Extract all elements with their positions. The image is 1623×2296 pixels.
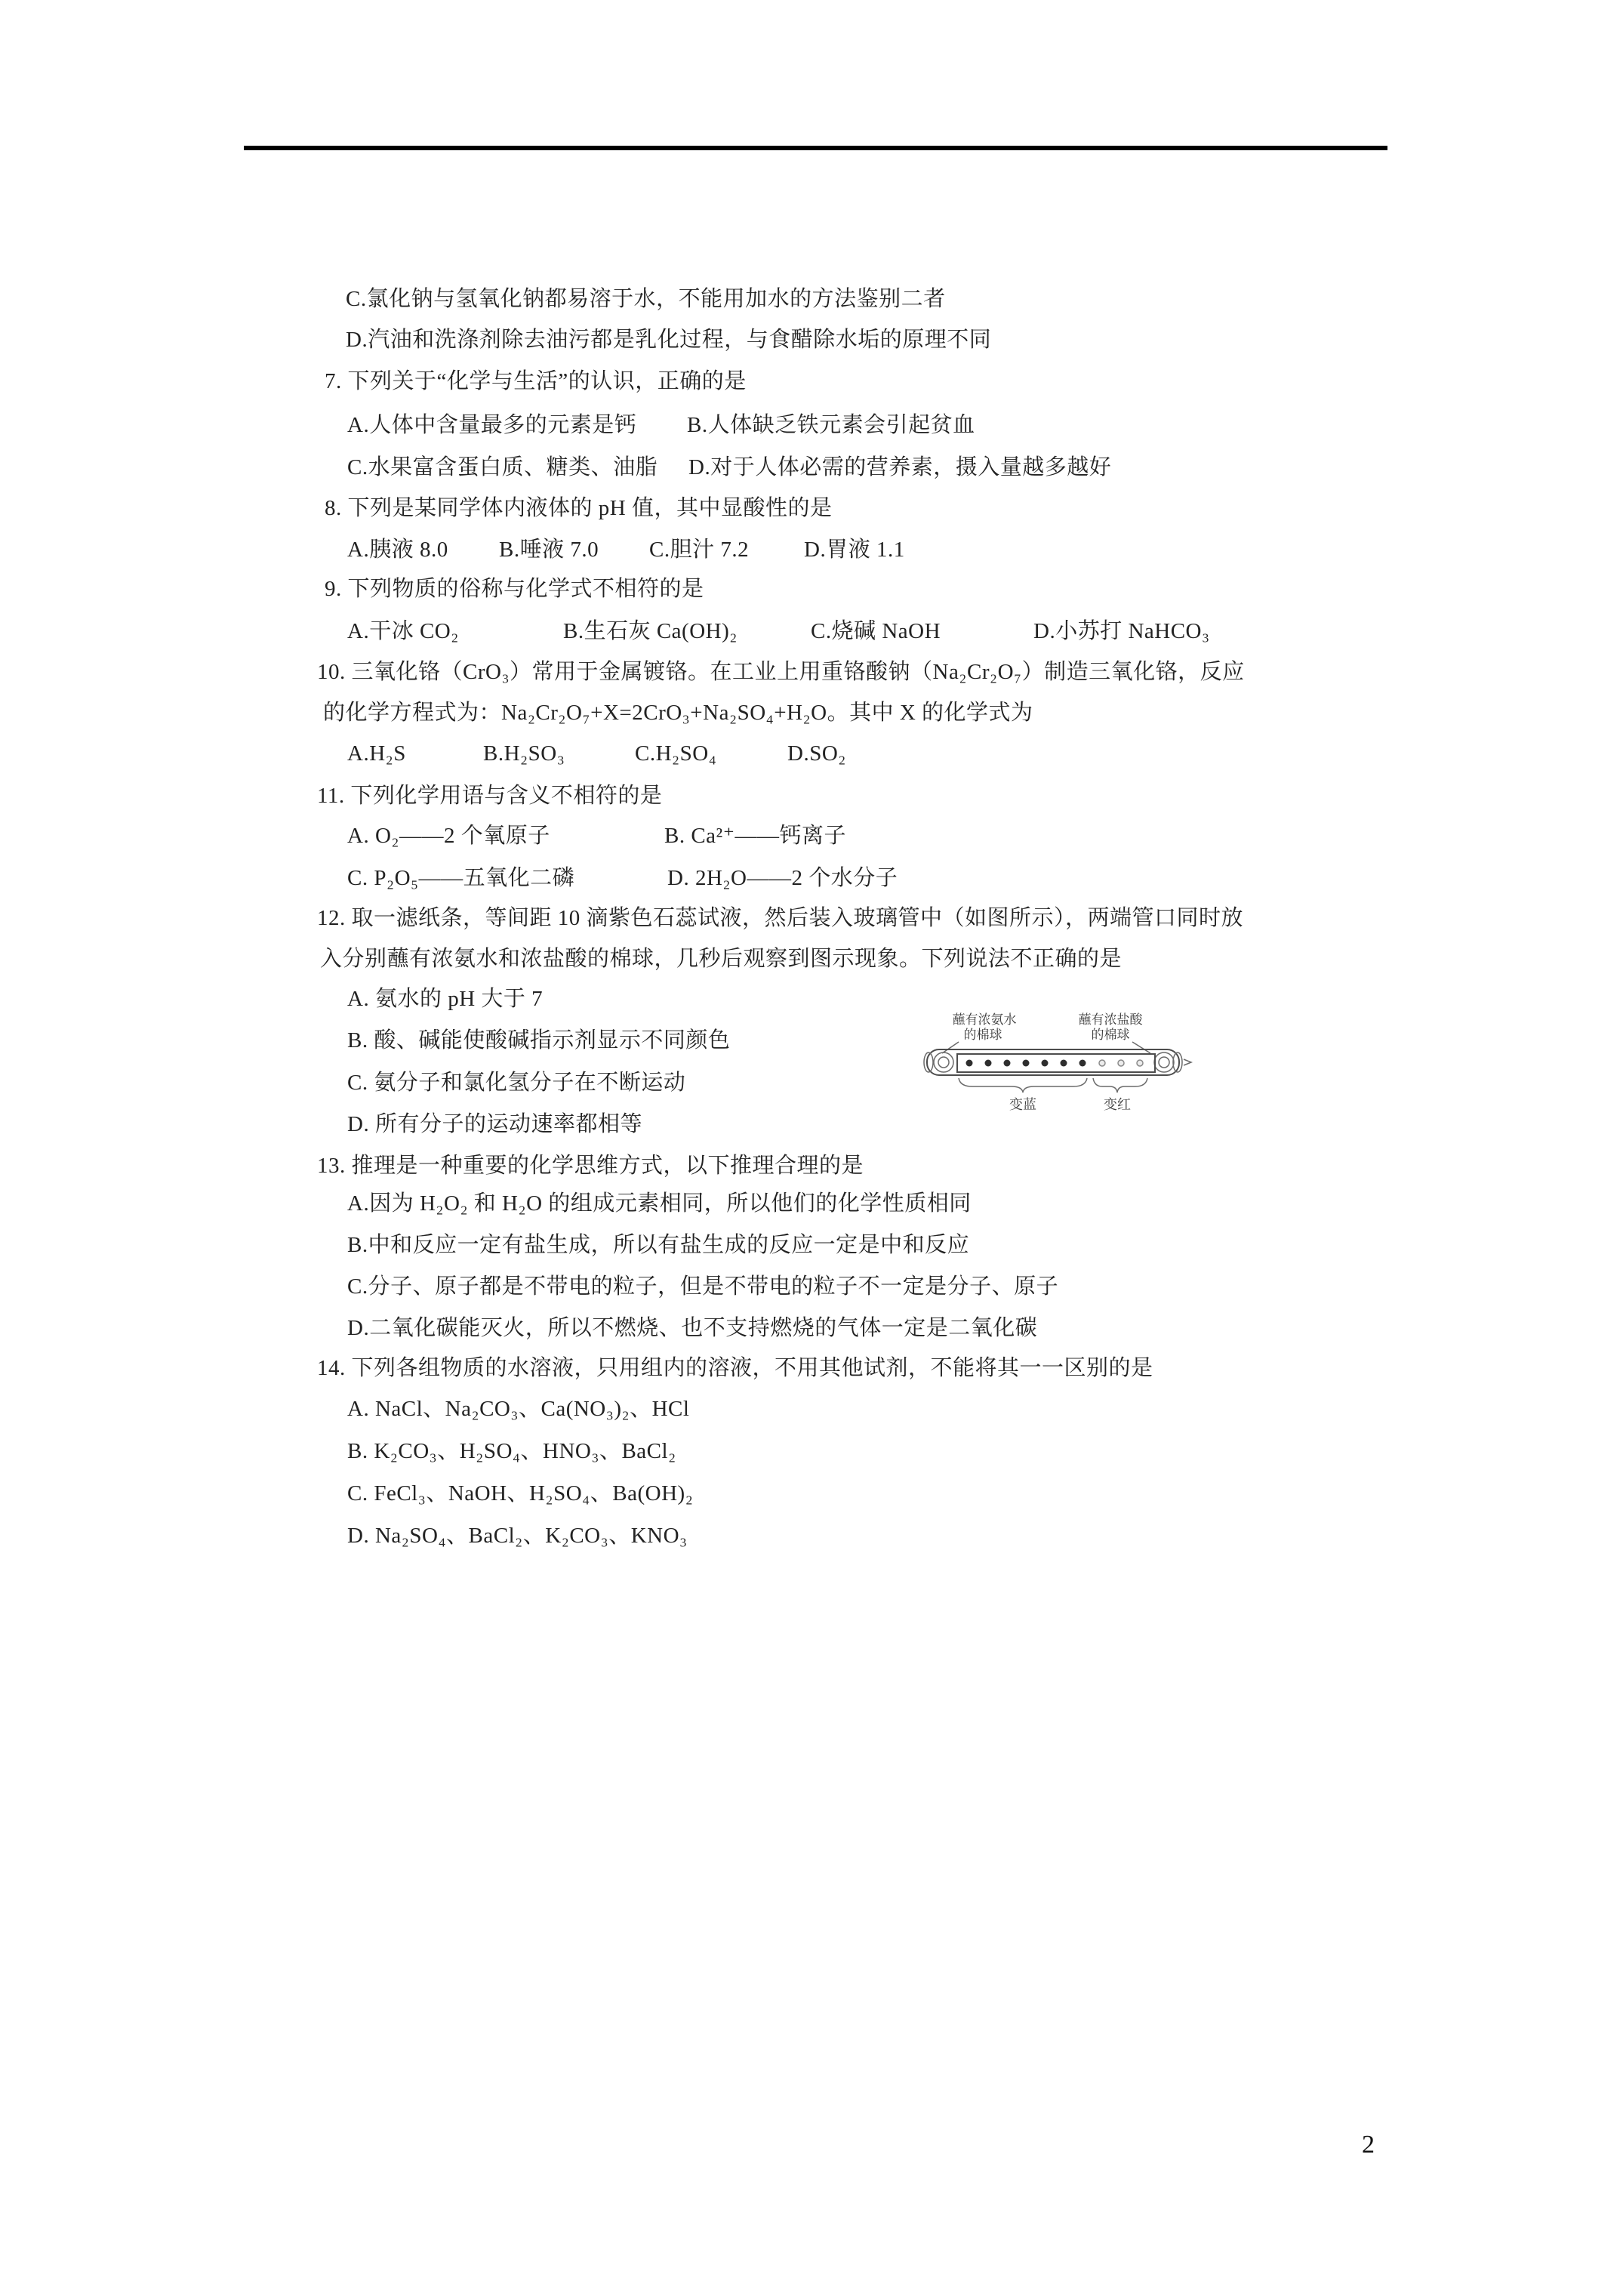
q14-option-a: A. NaCl、Na₂CO₃、Ca(NO₃)₂、HCl <box>347 1395 689 1422</box>
q14-option-d: D. Na₂SO₄、BaCl₂、K₂CO₃、KNO₃ <box>347 1522 688 1549</box>
q11-option-a: A. O₂——2 个氧原子 <box>347 822 550 849</box>
q13-option-d: D.二氧化碳能灭火，所以不燃烧、也不支持燃烧的气体一定是二氧化碳 <box>347 1314 1037 1342</box>
hcl-cotton-label-line2: 的棉球 <box>1092 1028 1130 1042</box>
litmus-dots-red <box>1099 1060 1143 1066</box>
q7-option-d: D.对于人体必需的营养素，摄入量越多越好 <box>688 454 1111 481</box>
turns-red-label: 变红 <box>1104 1097 1131 1112</box>
q12-option-d: D. 所有分子的运动速率都相等 <box>347 1111 642 1138</box>
ammonia-cotton-label-line2: 的棉球 <box>964 1028 1002 1042</box>
q7-option-b: B.人体缺乏铁元素会引起贫血 <box>687 411 975 439</box>
q11-option-c: C. P₂O₅——五氧化二磷 <box>347 864 574 892</box>
q10-option-d: D.SO₂ <box>787 740 846 767</box>
q14-stem: 14. 下列各组物质的水溶液，只用组内的溶液，不用其他试剂，不能将其一一区别的是 <box>317 1354 1153 1382</box>
turns-blue-label: 变蓝 <box>1009 1097 1036 1112</box>
leader-line-right <box>1132 1042 1150 1053</box>
hcl-cotton-label-line1: 蘸有浓盐酸 <box>1079 1012 1144 1027</box>
q7-option-a: A.人体中含量最多的元素是钙 <box>347 411 636 439</box>
q9-option-c: C.烧碱 NaOH <box>811 618 941 645</box>
q10-stem-line1: 10. 三氧化铬（CrO₃）常用于金属镀铬。在工业上用重铬酸钠（Na₂Cr₂O₇… <box>317 658 1245 686</box>
cotton-ball-left <box>934 1052 953 1072</box>
tube-nub-right <box>1184 1059 1191 1065</box>
leader-line-left <box>942 1042 959 1053</box>
q9-option-a: A.干冰 CO₂ <box>347 618 459 645</box>
q8-option-c: C.胆汁 7.2 <box>649 536 749 563</box>
q13-option-a: A.因为 H₂O₂ 和 H₂O 的组成元素相同，所以他们的化学性质相同 <box>347 1190 972 1217</box>
q12-option-a: A. 氨水的 pH 大于 7 <box>347 985 543 1012</box>
brace-red <box>1093 1078 1147 1093</box>
q11-option-b: B. Ca²⁺——钙离子 <box>664 822 846 849</box>
q9-stem: 9. 下列物质的俗称与化学式不相符的是 <box>325 575 704 603</box>
q14-option-c: C. FeCl₃、NaOH、H₂SO₄、Ba(OH)₂ <box>347 1480 693 1507</box>
litmus-tube-figure: 蘸有浓氨水 的棉球 蘸有浓盐酸 的棉球 <box>915 1010 1209 1116</box>
q12-stem-line1: 12. 取一滤纸条，等间距 10 滴紫色石蕊试液，然后装入玻璃管中（如图所示），… <box>317 905 1243 932</box>
q12-option-c: C. 氨分子和氯化氢分子在不断运动 <box>347 1069 685 1096</box>
q13-stem: 13. 推理是一种重要的化学思维方式，以下推理合理的是 <box>317 1152 864 1179</box>
q11-stem: 11. 下列化学用语与含义不相符的是 <box>317 782 662 809</box>
brace-blue <box>959 1078 1087 1093</box>
q14-option-b: B. K₂CO₃、H₂SO₄、HNO₃、BaCl₂ <box>347 1438 676 1465</box>
ammonia-cotton-label-line1: 蘸有浓氨水 <box>953 1012 1017 1027</box>
q9-option-b: B.生石灰 Ca(OH)₂ <box>563 618 738 645</box>
q8-option-a: A.胰液 8.0 <box>347 536 448 563</box>
q6-option-c: C.氯化钠与氢氧化钠都易溶于水，不能用加水的方法鉴别二者 <box>346 285 946 313</box>
q10-stem-line2: 的化学方程式为：Na₂Cr₂O₇+X=2CrO₃+Na₂SO₄+H₂O。其中 X… <box>323 699 1033 726</box>
q10-option-c: C.H₂SO₄ <box>635 740 716 767</box>
header-rule <box>244 146 1387 150</box>
litmus-dots-blue <box>966 1060 1086 1067</box>
q8-option-b: B.唾液 7.0 <box>499 536 599 563</box>
q12-option-b: B. 酸、碱能使酸碱指示剂显示不同颜色 <box>347 1027 730 1054</box>
q10-option-b: B.H₂SO₃ <box>483 740 565 767</box>
q10-option-a: A.H₂S <box>347 740 406 767</box>
q8-option-d: D.胃液 1.1 <box>804 536 905 563</box>
q7-stem: 7. 下列关于“化学与生活”的认识，正确的是 <box>325 368 747 395</box>
q9-option-d: D.小苏打 NaHCO₃ <box>1033 618 1210 645</box>
document-page: C.氯化钠与氢氧化钠都易溶于水，不能用加水的方法鉴别二者 D.汽油和洗涤剂除去油… <box>0 0 1623 2296</box>
q13-option-c: C.分子、原子都是不带电的粒子，但是不带电的粒子不一定是分子、原子 <box>347 1273 1058 1300</box>
q13-option-b: B.中和反应一定有盐生成，所以有盐生成的反应一定是中和反应 <box>347 1231 969 1259</box>
q11-option-d: D. 2H₂O——2 个水分子 <box>667 864 898 892</box>
q7-option-c: C.水果富含蛋白质、糖类、油脂 <box>347 454 658 481</box>
q8-stem: 8. 下列是某同学体内液体的 pH 值，其中显酸性的是 <box>325 495 832 522</box>
page-number: 2 <box>1362 2131 1375 2159</box>
cotton-ball-right <box>1154 1052 1174 1072</box>
q6-option-d: D.汽油和洗涤剂除去油污都是乳化过程，与食醋除水垢的原理不同 <box>346 326 991 353</box>
q12-stem-line2: 入分别蘸有浓氨水和浓盐酸的棉球，几秒后观察到图示现象。下列说法不正确的是 <box>320 945 1122 972</box>
